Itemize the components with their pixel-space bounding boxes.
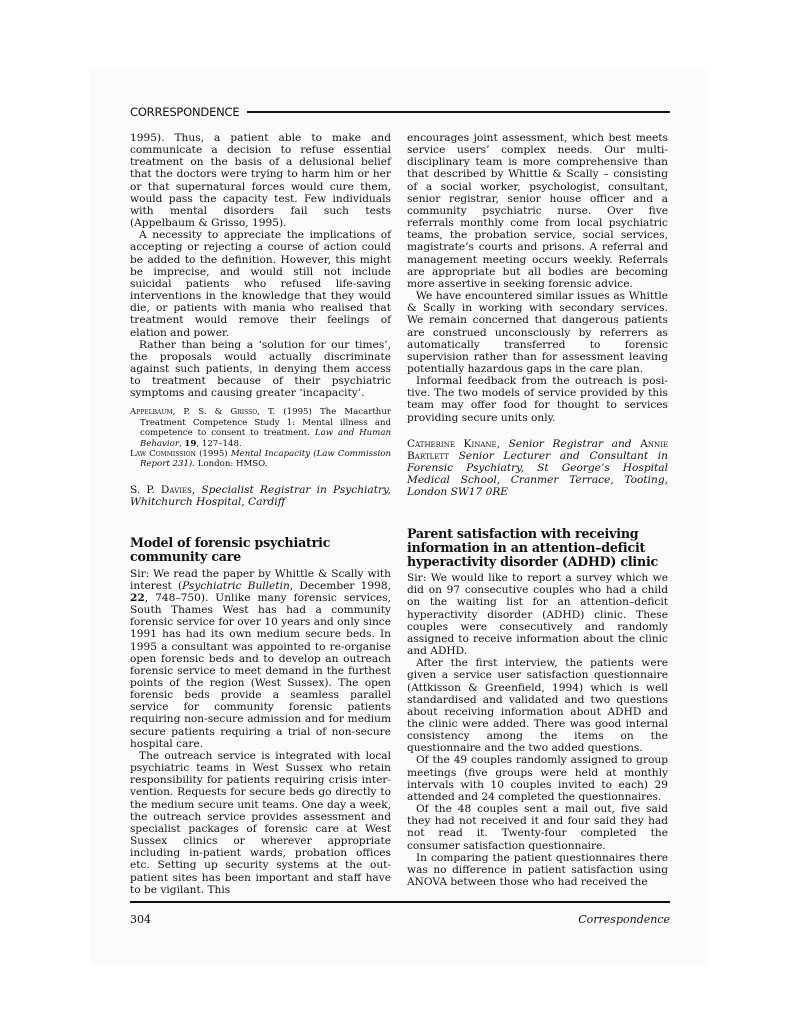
paragraph: Of the 49 couples randomly assigned to g… <box>407 754 668 803</box>
reference-authors: Law Commission <box>130 449 196 459</box>
left-column: 1995). Thus, a patient able to make and … <box>130 132 391 896</box>
paragraph: In comparing the patient questionnaires … <box>407 852 668 888</box>
running-head-label: CORRESPONDENCE <box>130 105 239 119</box>
paragraph: 1995). Thus, a patient able to make and … <box>130 132 391 229</box>
reference-volume: 19 <box>184 439 196 449</box>
reference-authors: Appelbaum, P. S. & Grisso, T. <box>130 407 275 417</box>
signature: Catherine Kinane, Senior Registrar and A… <box>407 438 668 499</box>
author-name: S. P. Davies <box>130 484 192 496</box>
paragraph: After the first interview, the patients … <box>407 657 668 754</box>
header-rule <box>247 111 670 113</box>
paragraph: encourages joint assessment, which best … <box>407 132 668 290</box>
paragraph: A necessity to appreciate the implicatio… <box>130 229 391 338</box>
footer-rule <box>130 901 670 903</box>
article-title: Parent satisfaction with receiving infor… <box>407 527 668 570</box>
paragraph: Informal feedback from the outreach is p… <box>407 375 668 424</box>
reference-item: Appelbaum, P. S. & Grisso, T. (1995) The… <box>130 407 391 449</box>
reference-item: Law Commission (1995) Mental Incapacity … <box>130 449 391 470</box>
paragraph: Of the 48 couples sent a mail out, five … <box>407 803 668 852</box>
paragraph: Sir: We read the paper by Whittle & Scal… <box>130 568 391 750</box>
paragraph: The outreach service is integrated with … <box>130 750 391 896</box>
page-number: 304 <box>130 913 151 926</box>
paragraph: Sir: We would like to report a survey wh… <box>407 572 668 657</box>
journal-name: Psychiatric Bulletin <box>182 580 290 592</box>
article-title: Model of forensic psychiatric community … <box>130 536 391 564</box>
right-column: encourages joint assessment, which best … <box>407 132 668 888</box>
running-head: CORRESPONDENCE <box>130 104 670 120</box>
volume-number: 22 <box>130 592 145 604</box>
paragraph: Rather than being a ‘solution for our ti… <box>130 339 391 400</box>
reference-list: Appelbaum, P. S. & Grisso, T. (1995) The… <box>130 407 391 469</box>
author-name: Catherine Kinane <box>407 438 497 450</box>
paragraph: We have encountered similar issues as Wh… <box>407 290 668 375</box>
footer-section-title: Correspondence <box>578 913 670 926</box>
signature: S. P. Davies, Specialist Registrar in Ps… <box>130 484 391 508</box>
